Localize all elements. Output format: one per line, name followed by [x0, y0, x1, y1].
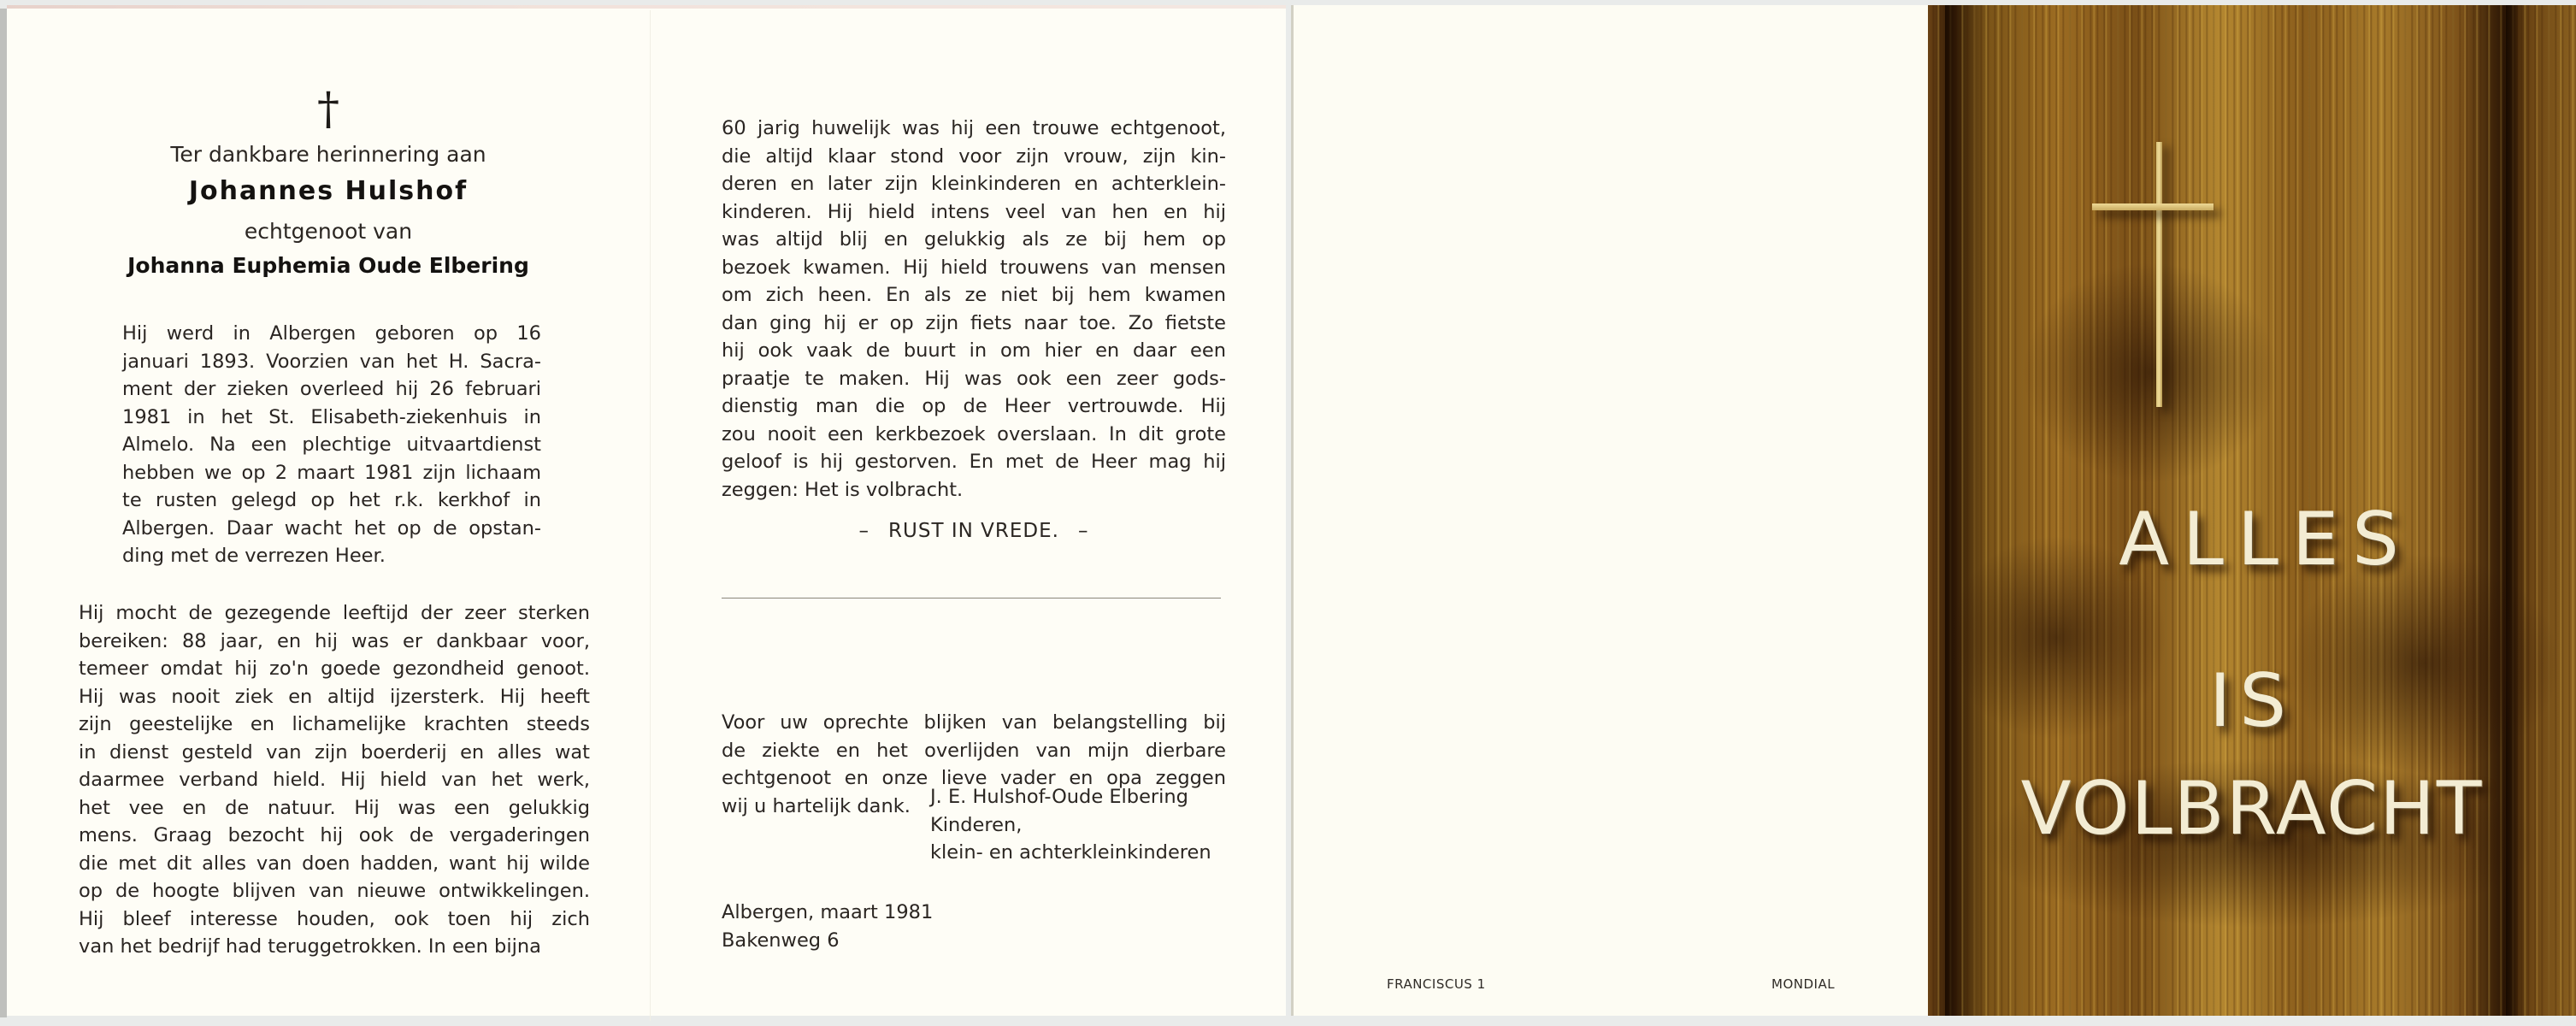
text-line: kinderen. Hij hield intens veel van hen … [722, 198, 1226, 227]
text-line: januari 1893. Voorzien van het H. Sacra- [122, 348, 541, 376]
text-line: temeer omdat hij zo'n goede gezondheid g… [79, 655, 590, 683]
text-line: Hij werd in Albergen geboren op 16 [122, 320, 541, 348]
publisher-label: MONDIAL [1771, 976, 1835, 992]
text-line: zeggen: Het is volbracht. [722, 476, 1226, 504]
text-line: de ziekte en het overlijden van mijn die… [722, 737, 1226, 765]
series-label: FRANCISCUS 1 [1387, 976, 1486, 992]
cover-word-is: IS [1928, 658, 2576, 744]
cover-wood-photo: ALLES IS VOLBRACHT [1928, 5, 2576, 1016]
rip-dash-right: – [1078, 520, 1089, 542]
rip-text: RUST IN VREDE. [888, 520, 1059, 542]
text-line: was altijd blij en gelukkig als ze bij h… [722, 226, 1226, 254]
text-line: op de hoogte blijven van nieuwe ontwikke… [79, 877, 590, 905]
text-line: om zich heen. En als ze niet bij hem kwa… [722, 281, 1226, 310]
spouse-relation: echtgenoot van [7, 219, 650, 244]
text-line: dienstig man die op de Heer vertrouwde. … [722, 392, 1226, 421]
text-line: van het bedrijf had teruggetrokken. In e… [79, 933, 590, 961]
deceased-name: Johannes Hulshof [7, 176, 650, 206]
text-line: Almelo. Na een plechtige uitvaartdienst [122, 431, 541, 459]
text-line: Voor uw oprechte blijken van belangstell… [722, 709, 1226, 737]
text-line: die met dit alles van doen hadden, want … [79, 850, 590, 878]
text-line: te rusten gelegd op het r.k. kerkhof in [122, 486, 541, 515]
text-line: 60 jarig huwelijk was hij een trouwe ech… [722, 115, 1226, 143]
spouse-name: Johanna Euphemia Oude Elbering [7, 253, 650, 278]
rip-dash-left: – [859, 520, 870, 542]
life-paragraph: Hij mocht de gezegende leeftijd der zeer… [79, 599, 590, 961]
scan-edge-shadow [0, 9, 7, 1017]
text-line: hij ook vaak de buurt in om hier en daar… [722, 337, 1226, 365]
biography-paragraph: Hij werd in Albergen geboren op 16januar… [122, 320, 541, 570]
text-line: bereiken: 88 jaar, en hij was er dankbaa… [79, 628, 590, 656]
cover-word-volbracht: VOLBRACHT [1928, 766, 2576, 852]
text-line: praatje te maken. Hij was ook een zeer g… [722, 365, 1226, 393]
text-line: ment der zieken overleed hij 26 februari [122, 375, 541, 404]
text-line: deren en later zijn kleinkinderen en ach… [722, 170, 1226, 198]
cover-word-alles: ALLES [1928, 497, 2576, 582]
text-line: hebben we op 2 maart 1981 zijn lichaam [122, 459, 541, 487]
text-line: dan ging hij er op zijn fiets naar toe. … [722, 310, 1226, 338]
separator-line [722, 598, 1221, 598]
text-line: Hij bleef interesse houden, ook toen hij… [79, 905, 590, 934]
place-date: Albergen, maart 1981 [722, 899, 933, 927]
text-line: 1981 in het St. Elisabeth-ziekenhuis in [122, 404, 541, 432]
signature-widow: J. E. Hulshof-Oude Elbering [930, 783, 1211, 811]
text-line: in dienst gesteld van zijn boerderij en … [79, 739, 590, 767]
intro-text: Ter dankbare herinnering aan [7, 142, 650, 167]
inner-right-panel: 60 jarig huwelijk was hij een trouwe ech… [650, 5, 1286, 1016]
text-line: mens. Graag bezocht hij ook de vergaderi… [79, 822, 590, 850]
text-line: zijn geestelijke en lichamelijke krachte… [79, 711, 590, 739]
inner-left-panel: † Ter dankbare herinnering aan Johannes … [7, 5, 650, 1016]
signature-children: Kinderen, [930, 811, 1211, 840]
text-line: bezoek kwamen. Hij hield trouwens van me… [722, 254, 1226, 282]
rest-in-peace: –RUST IN VREDE.– [722, 520, 1226, 542]
address: Bakenweg 6 [722, 927, 933, 955]
memorial-card-inner-spread: † Ter dankbare herinnering aan Johannes … [7, 5, 1286, 1016]
text-line: het vee en de natuur. Hij was een gelukk… [79, 794, 590, 823]
text-line: geloof is hij gestorven. En met de Heer … [722, 448, 1226, 476]
cross-icon: † [7, 84, 650, 135]
place-block: Albergen, maart 1981 Bakenweg 6 [722, 899, 933, 954]
text-line: ding met de verrezen Heer. [122, 542, 541, 570]
text-line: daarmee verband hield. Hij hield van het… [79, 766, 590, 794]
text-line: Hij was nooit ziek en altijd ijzersterk.… [79, 683, 590, 711]
text-line: Albergen. Daar wacht het op de opstan- [122, 515, 541, 543]
memorial-card-outer-spread: FRANCISCUS 1 MONDIAL ALLES IS VOLBRACHT [1291, 5, 2576, 1016]
text-line: Hij mocht de gezegende leeftijd der zeer… [79, 599, 590, 628]
signature-block: J. E. Hulshof-Oude Elbering Kinderen, kl… [930, 783, 1211, 867]
wood-knot [2022, 262, 2278, 484]
signature-grandchildren: klein- en achterkleinkinderen [930, 839, 1211, 867]
continuation-paragraph: 60 jarig huwelijk was hij een trouwe ech… [722, 115, 1226, 504]
text-line: zou nooit een kerkbezoek overslaan. In d… [722, 421, 1226, 449]
text-line: die altijd klaar stond voor zijn vrouw, … [722, 143, 1226, 171]
